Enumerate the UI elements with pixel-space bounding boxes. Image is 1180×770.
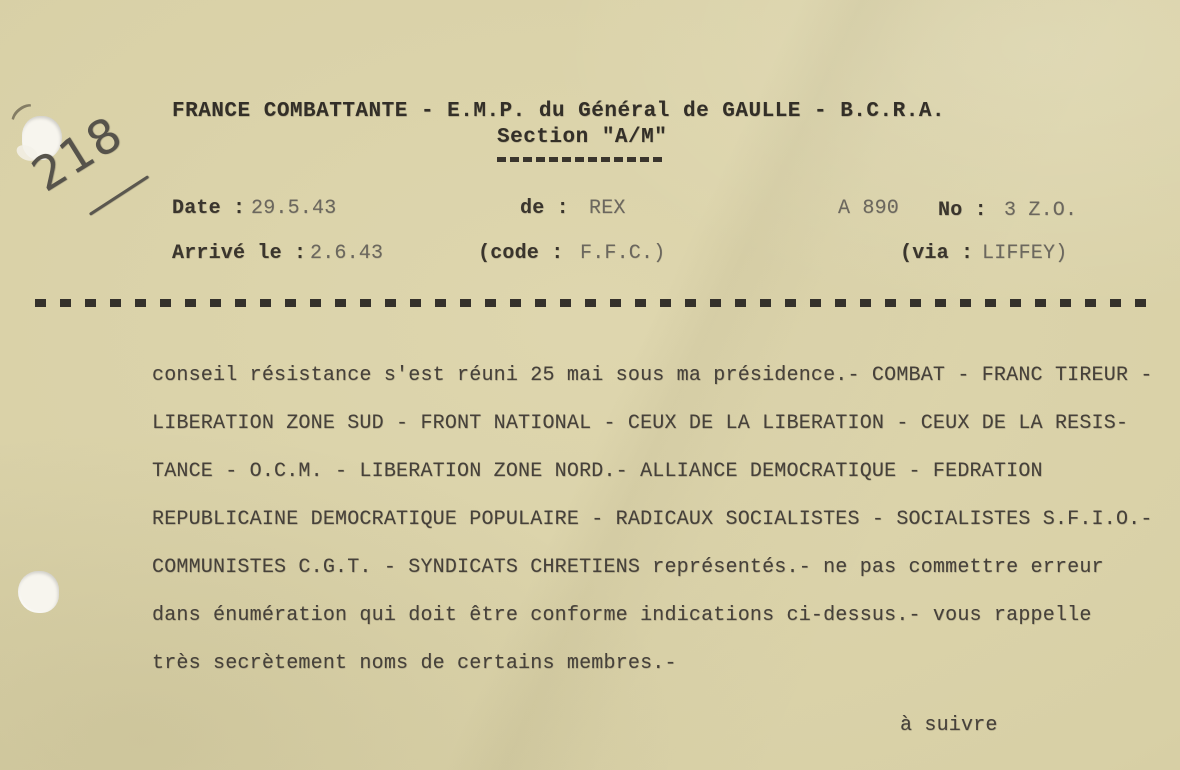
code-label: (code : [478, 242, 563, 265]
code-value: F.F.C.) [580, 242, 665, 265]
handwritten-underline-stroke [89, 175, 149, 216]
body-line: TANCE - O.C.M. - LIBERATION ZONE NORD.- … [152, 448, 1164, 496]
separator-dashed-line [35, 299, 1149, 307]
body-line: LIBERATION ZONE SUD - FRONT NATIONAL - C… [152, 400, 1164, 448]
message-body: conseil résistance s'est réuni 25 mai so… [152, 352, 1164, 750]
number-value: 3 Z.O. [1004, 199, 1077, 222]
body-line: REPUBLICAINE DEMOCRATIQUE POPULAIRE - RA… [152, 496, 1164, 544]
document-header-title: FRANCE COMBATTANTE - E.M.P. du Général d… [172, 100, 945, 123]
body-line: conseil résistance s'est réuni 25 mai so… [152, 352, 1164, 400]
body-line: COMMUNISTES C.G.T. - SYNDICATS CHRETIENS… [152, 544, 1164, 592]
reference-number: A 890 [838, 197, 899, 220]
via-value: LIFFEY) [982, 242, 1067, 265]
via-label: (via : [900, 242, 973, 265]
from-label: de : [520, 197, 569, 220]
closing-note: à suivre [900, 702, 1164, 750]
date-value: 29.5.43 [251, 197, 336, 220]
date-label: Date : [172, 197, 245, 220]
body-line: dans énumération qui doit être conforme … [152, 592, 1164, 640]
arrived-value: 2.6.43 [310, 242, 383, 265]
header-dashed-underline [497, 157, 665, 162]
arrived-label: Arrivé le : [172, 242, 306, 265]
number-label: No : [938, 199, 987, 222]
body-line: très secrètement noms de certains membre… [152, 640, 1164, 688]
from-value: REX [589, 197, 626, 220]
telegram-document-page: 218 FRANCE COMBATTANTE - E.M.P. du Génér… [0, 0, 1180, 770]
punch-hole-bottom [18, 571, 59, 613]
document-header-section: Section "A/M" [497, 126, 667, 149]
